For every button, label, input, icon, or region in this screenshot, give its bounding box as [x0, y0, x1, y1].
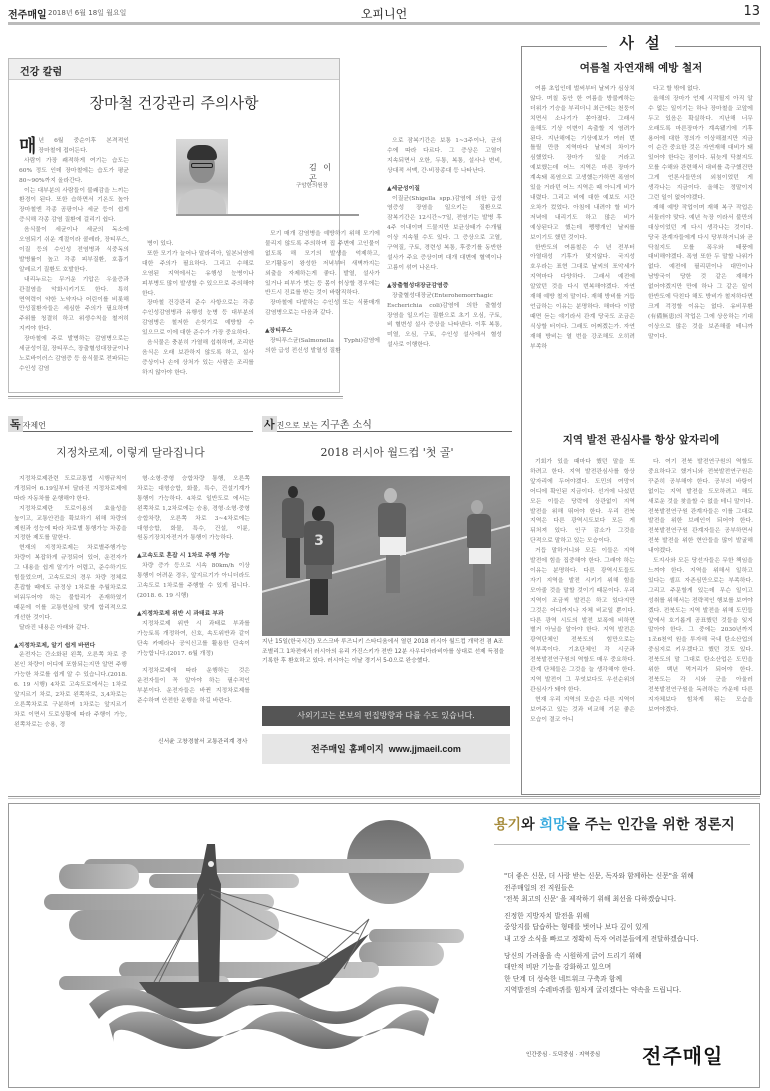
editorial-title-2: 지역 발전 관심사를 항상 앞자리에	[522, 432, 760, 447]
editorial-label: 사 설	[522, 32, 760, 53]
author-role: 구암한의원장	[296, 181, 328, 189]
subheading: ▲고속도로 혼잡 시 1차로 주행 가능	[137, 552, 250, 562]
photo-news-header: 사진으로 보는 지구촌 소식	[262, 416, 512, 432]
section-divider	[8, 396, 343, 399]
health-column-title: 장마철 건강관리 주의사항	[9, 92, 339, 113]
subheading: ▲지정차로제, 알기 쉽게 바뀐다	[14, 642, 127, 652]
section-title: 오피니언	[8, 5, 760, 22]
ad-paragraph: "더 좋은 신문, 더 사랑 받는 신문, 독자와 함께하는 신문"을 위해 전…	[504, 871, 764, 906]
health-column: 건강 칼럼 장마철 건강관리 주의사항 매년 6월 중순이후 본격적인 장마철에…	[8, 58, 340, 393]
photo-news-title: 2018 러시아 월드컵 '첫 골'	[262, 444, 512, 460]
health-column-header: 건강 칼럼	[9, 59, 339, 80]
health-col-1: 매년 6월 중순이후 본격적인 장마철에 접어든다. 사람이 가장 쾌적하게 여…	[19, 137, 129, 375]
newspaper-logo: 전주매일	[642, 1040, 723, 1069]
ad-paragraph: 당신의 가려움을 속 시원하게 긁어 드리기 위해 대안적 비판 기능을 강화하…	[504, 951, 764, 997]
glasses-icon	[191, 163, 213, 168]
ad-body: "더 좋은 신문, 더 사랑 받는 신문, 독자와 함께하는 신문"을 위해 전…	[504, 871, 764, 1002]
editorial-title-1: 여름철 자연재해 예방 철저	[522, 60, 760, 75]
headline-rule	[494, 844, 750, 845]
homepage-link[interactable]: www.jjmaeil.com	[389, 744, 461, 754]
world-cup-photo: 3	[262, 476, 510, 636]
health-col-2: 병이 있다. 또한 모기가 늘어나 말라리아, 일본뇌염에 대한 주의가 필요하…	[142, 240, 254, 379]
page-number: 13	[743, 4, 760, 19]
reader-col-1: 지정차로제관련 도로교통법 시행규칙이 개정되어 6.19일부터 달라진 지정차…	[14, 475, 127, 731]
editorial-1-col-1: 여름 초입인데 벌써부터 날씨가 심상치 않다. 며칠 동안 한 여름을 방불케…	[530, 85, 635, 352]
reader-col-2: 형·소형·중형 승합차량 통행, 오른쪽 차로는 대형승합, 화물, 특수, 건…	[137, 475, 250, 707]
reader-byline: 신서윤 고창경찰서 교통관리계 경사	[158, 736, 248, 745]
subheading: ▲지정차로제 위반 시 과태료 부과	[137, 610, 250, 620]
photo-rule	[176, 214, 359, 216]
ship-illustration	[29, 814, 479, 1084]
subheading: ▲장티푸스	[265, 327, 380, 337]
masthead-rule	[8, 22, 760, 25]
photo-caption: 지난 15일(한국시간) 모스크바 루즈니키 스타디움에서 열린 2018 러시…	[262, 638, 510, 667]
subheading: ▲장출혈성대장균감염증	[387, 282, 502, 292]
ad-headline: 용기와 희망을 주는 인간을 위한 정론지	[494, 814, 735, 834]
ad-tagline: 인간중심 · 도덕중심 · 지역중심	[526, 1050, 600, 1058]
reader-column-title: 지정차로제, 이렇게 달라집니다	[8, 444, 253, 460]
author-photo	[176, 139, 228, 214]
newspaper-ad: 용기와 희망을 주는 인간을 위한 정론지 "더 좋은 신문, 더 사랑 받는 …	[8, 803, 760, 1088]
photo-news-column: 사진으로 보는 지구촌 소식 2018 러시아 월드컵 '첫 골' 3 지난	[262, 416, 512, 460]
subheading: ▲세균성이질	[387, 185, 502, 195]
ad-paragraph: 진정한 지방자치 발전을 위해 중앙지를 답습하는 형태를 벗어나 보다 깊이 …	[504, 911, 764, 946]
reader-column-header: 독자제언	[8, 416, 253, 432]
disclaimer-banner: 사외기고는 본보의 편집방향과 다를 수도 있습니다.	[262, 706, 510, 726]
homepage-banner[interactable]: 전주매일 홈페이지www.jjmaeil.com	[262, 734, 510, 764]
editorial-1-col-2: 다고 할 밖에 없다. 올해의 장마가 언제 시작될지 아직 알 수 없는 일이…	[648, 85, 753, 343]
health-col-3: 모기 매개 감염병을 예방하기 위해 모기에 물리지 않도록 주의하며 집 주변…	[265, 230, 380, 357]
editorial-box: 사 설 여름철 자연재해 예방 철저 여름 초입인데 벌써부터 날씨가 심상치 …	[521, 46, 761, 795]
health-col-4: 으로 잠복기간은 보통 1~3주이나, 균의 수에 따라 다르다. 그 증상은 …	[387, 137, 502, 351]
editorial-2-col-1: 기회가 있을 때마다 했던 말을 또 하려고 한다. 지역 발전관심사를 항상 …	[530, 458, 635, 725]
dropcap: 매	[19, 138, 36, 156]
section-divider	[8, 796, 760, 799]
editorial-2-col-2: 다. 여기 전북 발전연구원의 역할도 중요하다고 했거니와 전북발전연구원은 …	[648, 458, 753, 716]
reader-column: 독자제언 지정차로제, 이렇게 달라집니다 지정차로제관련 도로교통법 시행규칙…	[8, 416, 253, 460]
